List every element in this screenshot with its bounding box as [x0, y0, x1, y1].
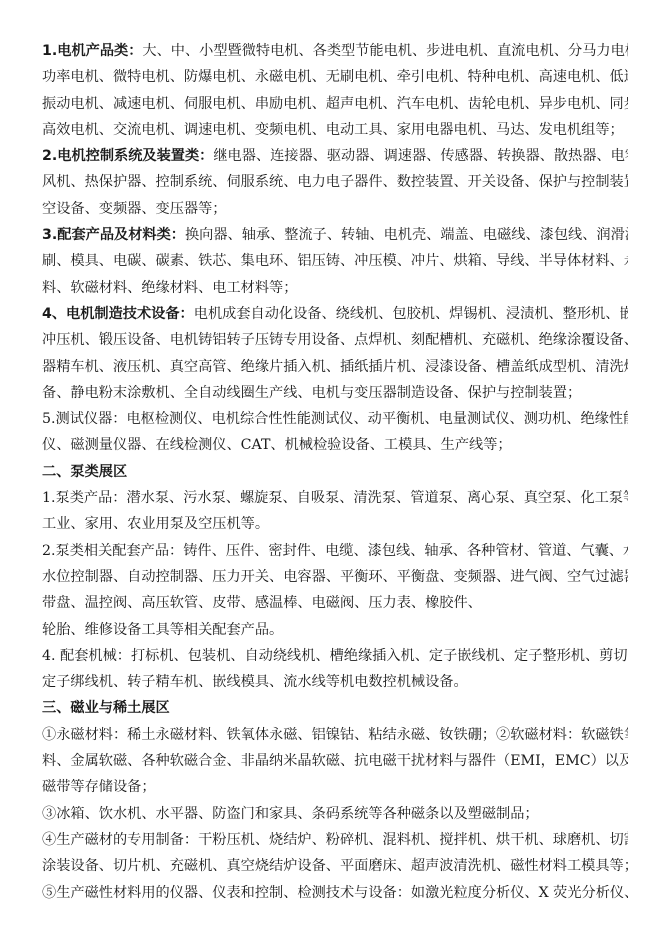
- paragraph-line: 2.泵类相关配套产品：铸件、压件、密封件、电缆、漆包线、轴承、各种管材、管道、气…: [42, 538, 628, 564]
- category-label: 4、电机制造技术设备：: [42, 306, 194, 322]
- paragraph-line: 1.泵类产品：潜水泵、污水泵、螺旋泵、自吸泵、清洗泵、管道泵、离心泵、真空泵、化…: [42, 485, 628, 511]
- paragraph-line: 带盘、温控阀、高压软管、皮带、感温棒、电磁阀、压力表、橡胶件、: [42, 590, 628, 616]
- category-label: 2.电机控制系统及装置类：: [42, 148, 213, 164]
- document-page: 1.电机产品类：大、中、小型暨微特电机、各类型节能电机、步进电机、直流电机、分马…: [42, 38, 628, 906]
- paragraph-line: 功率电机、微特电机、防爆电机、永磁电机、无刷电机、牵引电机、特种电机、高速电机、…: [42, 64, 628, 90]
- paragraph-line: ④生产磁材的专用制备：干粉压机、烧结炉、粉碎机、混料机、搅拌机、烘干机、球磨机、…: [42, 827, 628, 853]
- paragraph-line: 4、电机制造技术设备：电机成套自动化设备、绕线机、包胶机、焊锡机、浸渍机、整形机…: [42, 301, 628, 327]
- paragraph-line: 1.电机产品类：大、中、小型暨微特电机、各类型节能电机、步进电机、直流电机、分马…: [42, 38, 628, 64]
- paragraph-line: 料、金属软磁、各种软磁合金、非晶纳米晶软磁、抗电磁干扰材料与器件（EMI，EMC…: [42, 748, 628, 774]
- paragraph-line: 器精车机、液压机、真空高管、绝缘片插入机、插纸插片机、浸漆设备、槽盖纸成型机、清…: [42, 354, 628, 380]
- paragraph-line: 磁带等存储设备；: [42, 774, 628, 800]
- paragraph-line: ③冰箱、饮水机、水平器、防盗门和家具、条码系统等各种磁条以及塑磁制品；: [42, 801, 628, 827]
- paragraph-line: 冲压机、锻压设备、电机铸铝转子压铸专用设备、点焊机、刻配槽机、充磁机、绝缘涂覆设…: [42, 327, 628, 353]
- paragraph-line: ⑤生产磁性材料用的仪器、仪表和控制、检测技术与设备：如激光粒度分析仪、X 荧光分…: [42, 880, 628, 906]
- paragraph-line: 3.配套产品及材料类：换向器、轴承、整流子、转轴、电机壳、端盖、电磁线、漆包线、…: [42, 222, 628, 248]
- paragraph-line: 5.测试仪器：电枢检测仪、电机综合性性能测试仪、动平衡机、电量测试仪、测功机、绝…: [42, 406, 628, 432]
- paragraph-line: 2.电机控制系统及装置类：继电器、连接器、驱动器、调速器、传感器、转换器、散热器…: [42, 143, 628, 169]
- category-label: 3.配套产品及材料类：: [42, 227, 185, 243]
- paragraph-line: ①永磁材料：稀土永磁材料、铁氧体永磁、铝镍钴、粘结永磁、钕铁硼；②软磁材料：软磁…: [42, 722, 628, 748]
- paragraph-line: 涂装设备、切片机、充磁机、真空烧结炉设备、平面磨床、超声波清洗机、磁性材料工模具…: [42, 853, 628, 879]
- paragraph-line: 刷、模具、电碳、碳素、铁芯、集电环、铝压铸、冲压模、冲片、烘箱、导线、半导体材料…: [42, 248, 628, 274]
- paragraph-line: 4. 配套机械：打标机、包装机、自动绕线机、槽绝缘插入机、定子嵌线机、定子整形机…: [42, 643, 628, 669]
- paragraph-line: 水位控制器、自动控制器、压力开关、电容器、平衡环、平衡盘、变频器、进气阀、空气过…: [42, 564, 628, 590]
- category-label: 1.电机产品类：: [42, 43, 142, 59]
- section-heading-magnet-zone: 三、磁业与稀土展区: [42, 695, 628, 721]
- paragraph-line: 风机、热保护器、控制系统、伺服系统、电力电子器件、数控装置、开关设备、保护与控制…: [42, 169, 628, 195]
- paragraph-line: 振动电机、减速电机、伺服电机、串励电机、超声电机、汽车电机、齿轮电机、异步电机、…: [42, 91, 628, 117]
- section-heading-pump-zone: 二、泵类展区: [42, 459, 628, 485]
- category-label: 5.测试仪器：: [42, 411, 126, 427]
- paragraph-line: 定子绑线机、转子精车机、嵌线模具、流水线等机电数控机械设备。: [42, 669, 628, 695]
- paragraph-line: 仪、磁测量仪器、在线检测仪、CAT、机械检验设备、工模具、生产线等；: [42, 432, 628, 458]
- paragraph-line: 备、静电粉末涂敷机、全自动线圈生产线、电机与变压器制造设备、保护与控制装置；: [42, 380, 628, 406]
- paragraph-line: 轮胎、维修设备工具等相关配套产品。: [42, 617, 628, 643]
- paragraph-line: 空设备、变频器、变压器等；: [42, 196, 628, 222]
- paragraph-line: 料、软磁材料、绝缘材料、电工材料等；: [42, 275, 628, 301]
- paragraph-line: 工业、家用、农业用泵及空压机等。: [42, 511, 628, 537]
- paragraph-line: 高效电机、交流电机、调速电机、变频电机、电动工具、家用电器电机、马达、发电机组等…: [42, 117, 628, 143]
